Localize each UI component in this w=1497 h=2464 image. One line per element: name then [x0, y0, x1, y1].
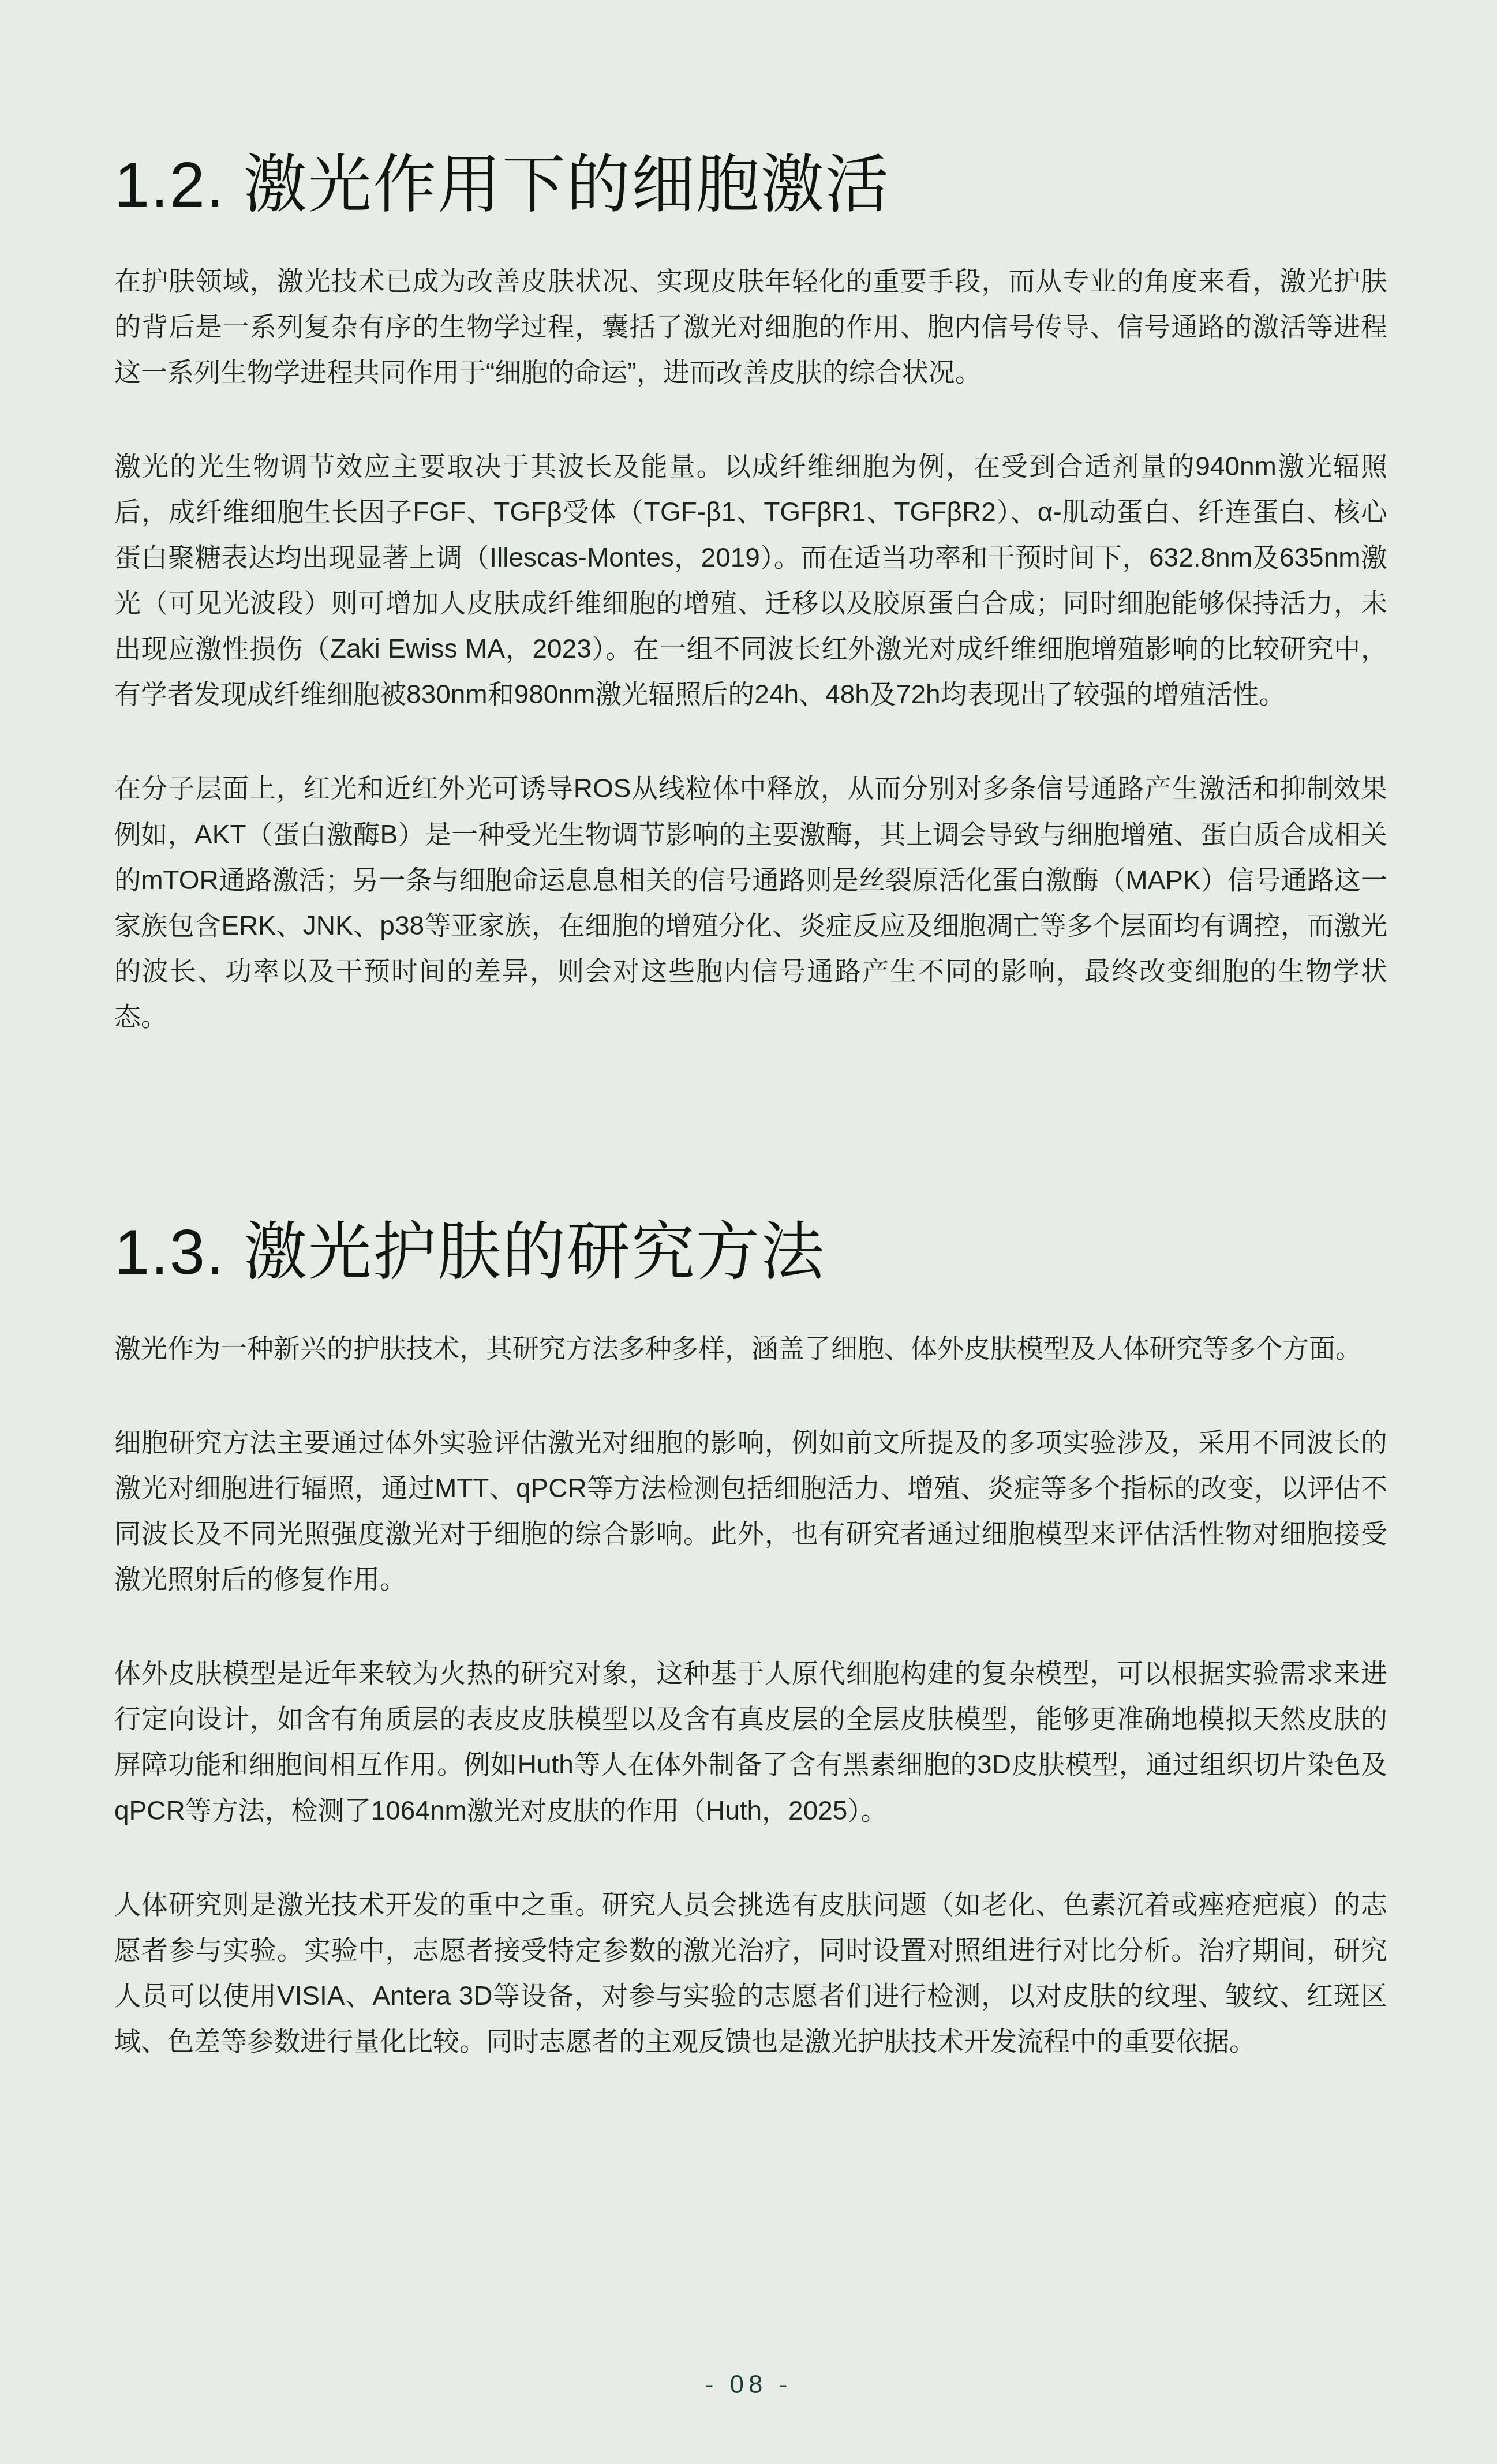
page-footer: - 08 -	[0, 2371, 1497, 2399]
paragraph: 激光的光生物调节效应主要取决于其波长及能量。以成纤维细胞为例，在受到合适剂量的9…	[114, 444, 1387, 718]
section-heading-1-2: 1.2. 激光作用下的细胞激活	[114, 145, 1387, 225]
section-cell-activation: 1.2. 激光作用下的细胞激活 在护肤领域，激光技术已成为改善皮肤状况、实现皮肤…	[114, 145, 1387, 1040]
page-number: - 08 -	[705, 2371, 792, 2399]
paragraph: 在护肤领域，激光技术已成为改善皮肤状况、实现皮肤年轻化的重要手段，而从专业的角度…	[114, 258, 1387, 395]
paragraph: 人体研究则是激光技术开发的重中之重。研究人员会挑选有皮肤问题（如老化、色素沉着或…	[114, 1882, 1387, 2064]
section-heading-1-3: 1.3. 激光护肤的研究方法	[114, 1213, 1387, 1292]
page-content: 1.2. 激光作用下的细胞激活 在护肤领域，激光技术已成为改善皮肤状况、实现皮肤…	[114, 0, 1387, 2064]
paragraph: 体外皮肤模型是近年来较为火热的研究对象，这种基于人原代细胞构建的复杂模型，可以根…	[114, 1651, 1387, 1833]
paragraph: 细胞研究方法主要通过体外实验评估激光对细胞的影响，例如前文所提及的多项实验涉及，…	[114, 1420, 1387, 1602]
section-research-methods: 1.3. 激光护肤的研究方法 激光作为一种新兴的护肤技术，其研究方法多种多样，涵…	[114, 1213, 1387, 2064]
paragraph: 在分子层面上，红光和近红外光可诱导ROS从线粒体中释放，从而分别对多条信号通路产…	[114, 766, 1387, 1040]
paragraph: 激光作为一种新兴的护肤技术，其研究方法多种多样，涵盖了细胞、体外皮肤模型及人体研…	[114, 1326, 1387, 1371]
